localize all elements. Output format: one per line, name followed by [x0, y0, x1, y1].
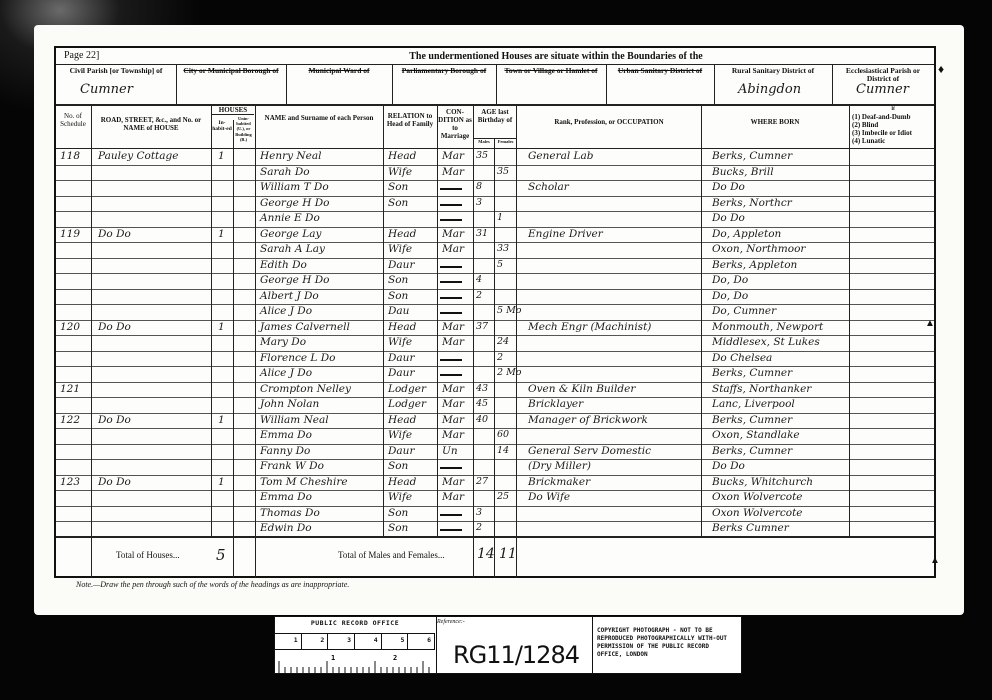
row-rule	[56, 211, 934, 212]
total-persons-label: Total of Males and Females...	[338, 550, 445, 560]
cell-male-age: 31	[476, 228, 488, 239]
divider	[392, 64, 393, 104]
cell-condition	[440, 514, 462, 516]
cell-relation: Daur	[388, 367, 414, 379]
column-rule	[849, 106, 850, 536]
copyright-notice: COPYRIGHT PHOTOGRAPH - NOT TO BE REPRODU…	[593, 617, 741, 673]
reference-label: Reference:-	[437, 619, 465, 625]
col-age: AGE last Birthday of	[474, 108, 516, 124]
total-females-value: 11	[499, 546, 517, 562]
cell-schedule: 119	[60, 228, 80, 240]
cell-relation: Daur	[388, 445, 414, 457]
column-rule	[383, 106, 384, 536]
column-rule	[91, 106, 92, 578]
cell-born: Oxon, Northmoor	[712, 243, 805, 255]
cell-male-age: 4	[476, 274, 482, 285]
row-rule	[56, 444, 934, 445]
cell-name: George H Do	[260, 274, 329, 286]
divider	[832, 64, 833, 104]
divider	[714, 64, 715, 104]
cell-condition	[440, 266, 462, 268]
cell-male-age: 3	[476, 507, 482, 518]
cell-relation: Head	[388, 321, 416, 333]
cell-born: Monmouth, Newport	[712, 321, 823, 333]
row-rule	[56, 351, 934, 352]
cell-born: Berks Cumner	[712, 522, 789, 534]
cell-inhabited: 1	[218, 228, 225, 240]
column-rule	[233, 120, 234, 578]
divider	[56, 536, 934, 538]
cell-born: Do Do	[712, 460, 745, 472]
cell-name: George H Do	[260, 197, 329, 209]
record-office-title: PUBLIC RECORD OFFICE	[275, 619, 435, 627]
cell-born: Do Do	[712, 212, 745, 224]
cell-female-age: 14	[497, 445, 509, 456]
ruler-number: 5	[382, 634, 409, 649]
cell-condition	[440, 359, 462, 361]
cell-relation: Son	[388, 507, 408, 519]
total-houses-value: 5	[216, 546, 226, 564]
cell-male-age: 37	[476, 321, 488, 332]
ecclesiastical-parish-value: Cumner	[856, 82, 909, 97]
cell-relation: Son	[388, 274, 408, 286]
reference-value: RG11/1284	[453, 641, 579, 669]
cell-male-age: 45	[476, 398, 488, 409]
cell-born: Bucks, Brill	[712, 166, 774, 178]
registration-mark: ♦	[938, 62, 944, 77]
cell-road: Do Do	[98, 414, 131, 426]
cell-relation: Wife	[388, 243, 412, 255]
cell-condition	[440, 312, 462, 314]
cell-name: Edith Do	[260, 259, 307, 271]
cell-male-age: 8	[476, 181, 482, 192]
ruler-section: PUBLIC RECORD OFFICE 123456 1 2	[275, 617, 437, 673]
inch-mark-2: 2	[393, 654, 397, 662]
cell-schedule: 120	[60, 321, 80, 333]
ruler-number: 1	[275, 634, 302, 649]
form-title: The undermentioned Houses are situate wi…	[306, 51, 806, 62]
cell-condition: Mar	[442, 476, 464, 488]
column-rule	[437, 106, 438, 536]
cell-name: Henry Neal	[260, 150, 321, 162]
col-males: Males	[474, 138, 494, 144]
row-rule	[56, 258, 934, 259]
cell-inhabited: 1	[218, 476, 225, 488]
cell-name: Alice J Do	[260, 367, 312, 379]
divider	[56, 64, 934, 65]
col-uninhabited: Unin-habited (U.), or Building (B.)	[233, 116, 254, 142]
municipal-borough-label: City or Municipal Borough of	[178, 67, 284, 75]
col-houses: HOUSES	[212, 106, 254, 115]
cell-born: Oxon, Standlake	[712, 429, 800, 441]
cell-born: Do Chelsea	[712, 352, 772, 364]
cell-female-age: 25	[497, 491, 509, 502]
cell-condition	[440, 204, 462, 206]
cell-condition: Mar	[442, 398, 464, 410]
cell-born: Berks, Cumner	[712, 445, 792, 457]
rural-sanitary-district-value: Abingdon	[738, 82, 801, 97]
cell-condition: Mar	[442, 383, 464, 395]
cell-born: Middlesex, St Lukes	[712, 336, 820, 348]
cell-female-age: 2 Mo	[497, 367, 522, 378]
cell-female-age: 60	[497, 429, 509, 440]
row-rule	[56, 180, 934, 181]
ruler-number: 3	[328, 634, 355, 649]
cell-occupation: Bricklayer	[528, 398, 583, 410]
row-rule	[56, 428, 934, 429]
row-rule	[56, 304, 934, 305]
cell-occupation: Manager of Brickwork	[528, 414, 648, 426]
infirmity-1: (1) Deaf-and-Dumb	[852, 113, 934, 121]
cell-female-age: 2	[497, 352, 503, 363]
divider	[496, 64, 497, 104]
cell-occupation: Scholar	[528, 181, 569, 193]
cell-female-age: 35	[497, 166, 509, 177]
cell-name: Frank W Do	[260, 460, 324, 472]
cell-relation: Head	[388, 476, 416, 488]
cell-occupation: General Serv Domestic	[528, 445, 651, 457]
cell-relation: Son	[388, 181, 408, 193]
cell-condition: Mar	[442, 243, 464, 255]
cell-condition: Mar	[442, 228, 464, 240]
total-houses-label: Total of Houses...	[116, 550, 180, 560]
cell-name: Sarah A Lay	[260, 243, 325, 255]
cell-name: Alice J Do	[260, 305, 312, 317]
cell-name: James Calvernell	[260, 321, 350, 333]
row-rule	[56, 289, 934, 290]
town-village-hamlet-label: Town or Village or Hamlet of	[498, 67, 604, 75]
cell-relation: Son	[388, 197, 408, 209]
inch-mark-1: 1	[331, 654, 335, 662]
total-males-value: 14	[477, 546, 495, 562]
cell-name: Emma Do	[260, 491, 312, 503]
col-occupation: Rank, Profession, or OCCUPATION	[518, 118, 700, 126]
col-where-born: WHERE BORN	[702, 118, 848, 126]
column-rule	[473, 106, 474, 578]
cell-born: Oxon Wolvercote	[712, 507, 803, 519]
cell-relation: Wife	[388, 491, 412, 503]
cell-relation: Dau	[388, 305, 409, 317]
cell-name: Florence L Do	[260, 352, 335, 364]
infirmity-4: (4) Lunatic	[852, 137, 934, 145]
cell-condition: Un	[442, 445, 458, 457]
cell-born: Do, Do	[712, 290, 748, 302]
cell-male-age: 2	[476, 522, 482, 533]
cell-condition	[440, 374, 462, 376]
cell-female-age: 1	[497, 212, 503, 223]
cell-relation: Wife	[388, 166, 412, 178]
record-office-label: PUBLIC RECORD OFFICE 123456 1 2 Referenc…	[274, 616, 742, 674]
cell-occupation: Mech Engr (Machinist)	[528, 321, 651, 333]
column-rule	[211, 106, 212, 536]
cell-inhabited: 1	[218, 150, 225, 162]
cell-condition: Mar	[442, 336, 464, 348]
ruler-number: 4	[355, 634, 382, 649]
infirmity-3: (3) Imbecile or Idiot	[852, 129, 934, 137]
cell-born: Berks, Northcr	[712, 197, 792, 209]
column-rule	[494, 138, 495, 578]
cell-male-age: 43	[476, 383, 488, 394]
cell-name: William Neal	[260, 414, 329, 426]
cell-born: Do, Cumner	[712, 305, 776, 317]
cell-relation: Son	[388, 290, 408, 302]
cell-born: Do, Appleton	[712, 228, 781, 240]
cell-inhabited: 1	[218, 321, 225, 333]
cell-relation: Son	[388, 522, 408, 534]
cell-relation: Son	[388, 460, 408, 472]
cell-occupation: Oven & Kiln Builder	[528, 383, 635, 395]
cell-name: Sarah Do	[260, 166, 310, 178]
row-rule	[56, 227, 934, 228]
cell-name: Crompton Nelley	[260, 383, 351, 395]
cell-born: Berks, Appleton	[712, 259, 797, 271]
cell-condition	[440, 281, 462, 283]
cell-condition	[440, 188, 462, 190]
parliamentary-borough-label: Parliamentary Borough of	[394, 67, 494, 75]
civil-parish-label: Civil Parish [or Township] of	[58, 67, 174, 75]
cell-relation: Wife	[388, 336, 412, 348]
col-inhabited: In-habit-ed	[212, 120, 232, 133]
cell-name: George Lay	[260, 228, 321, 240]
cell-condition: Mar	[442, 429, 464, 441]
cell-relation: Lodger	[388, 383, 426, 395]
cell-male-age: 40	[476, 414, 488, 425]
cell-condition	[440, 467, 462, 469]
cell-condition	[440, 219, 462, 221]
cell-road: Do Do	[98, 321, 131, 333]
column-rule	[255, 106, 256, 578]
cell-female-age: 33	[497, 243, 509, 254]
cell-road: Do Do	[98, 476, 131, 488]
cell-relation: Daur	[388, 259, 414, 271]
cell-occupation: (Dry Miller)	[528, 460, 591, 472]
cell-female-age: 5 Mo	[497, 305, 522, 316]
col-condition: CON-DITION as to Marriage	[438, 108, 472, 140]
cell-female-age: 5	[497, 259, 503, 270]
cell-relation: Daur	[388, 352, 414, 364]
cell-name: Fanny Do	[260, 445, 310, 457]
ruler-number: 6	[408, 634, 435, 649]
cell-condition	[440, 529, 462, 531]
cell-schedule: 123	[60, 476, 80, 488]
census-form: Page 22] The undermentioned Houses are s…	[54, 46, 936, 578]
cell-condition: Mar	[442, 491, 464, 503]
col-name: NAME and Surname of each Person	[256, 114, 382, 122]
registration-mark: ▲	[930, 555, 940, 566]
cell-condition: Mar	[442, 321, 464, 333]
cell-born: Staffs, Northanker	[712, 383, 811, 395]
cell-name: Edwin Do	[260, 522, 312, 534]
cell-name: Emma Do	[260, 429, 312, 441]
registration-mark: ▲	[925, 318, 935, 329]
cell-condition: Mar	[442, 414, 464, 426]
row-rule	[56, 273, 934, 274]
cell-born: Bucks, Whitchurch	[712, 476, 813, 488]
cm-ruler: 123456	[275, 633, 435, 650]
cell-condition: Mar	[442, 150, 464, 162]
cell-occupation: Do Wife	[528, 491, 570, 503]
cell-schedule: 122	[60, 414, 80, 426]
cell-road: Do Do	[98, 228, 131, 240]
divider	[176, 64, 177, 104]
cell-inhabited: 1	[218, 414, 225, 426]
column-rule	[701, 106, 702, 536]
page-number: Page 22]	[64, 50, 99, 61]
urban-sanitary-district-label: Urban Sanitary District of	[608, 67, 712, 75]
cell-male-age: 3	[476, 197, 482, 208]
cell-male-age: 27	[476, 476, 488, 487]
rural-sanitary-district-label: Rural Sanitary District of	[716, 67, 830, 75]
cell-name: Albert J Do	[260, 290, 319, 302]
ruler-number: 2	[302, 634, 329, 649]
cell-name: William T Do	[260, 181, 329, 193]
cell-occupation: Engine Driver	[528, 228, 603, 240]
cell-born: Berks, Cumner	[712, 150, 792, 162]
col-relation: RELATION to Head of Family	[384, 112, 436, 128]
cell-born: Berks, Cumner	[712, 367, 792, 379]
cell-occupation: General Lab	[528, 150, 594, 162]
divider	[56, 148, 934, 149]
cell-name: Thomas Do	[260, 507, 320, 519]
cell-male-age: 2	[476, 290, 482, 301]
inch-ruler: 1 2	[275, 651, 435, 673]
cell-female-age: 24	[497, 336, 509, 347]
cell-born: Lanc, Liverpool	[712, 398, 795, 410]
divider	[286, 64, 287, 104]
cell-condition: Mar	[442, 166, 464, 178]
cell-road: Pauley Cottage	[98, 150, 178, 162]
cell-schedule: 121	[60, 383, 80, 395]
infirmity-2: (2) Blind	[852, 121, 934, 129]
column-rule	[516, 106, 517, 578]
row-rule	[56, 397, 934, 398]
col-females: Females	[495, 138, 516, 144]
municipal-ward-label: Municipal Ward of	[288, 67, 390, 75]
row-rule	[56, 196, 934, 197]
cell-born: Berks, Cumner	[712, 414, 792, 426]
row-rule	[56, 366, 934, 367]
cell-name: Tom M Cheshire	[260, 476, 348, 488]
row-rule	[56, 459, 934, 460]
cell-relation: Head	[388, 228, 416, 240]
divider	[606, 64, 607, 104]
cell-occupation: Brickmaker	[528, 476, 590, 488]
cell-born: Oxon Wolvercote	[712, 491, 803, 503]
form-note: Note.—Draw the pen through such of the w…	[76, 580, 349, 589]
col-road: ROAD, STREET, &c., and No. or NAME of HO…	[92, 116, 210, 132]
row-rule	[56, 413, 934, 414]
cell-relation: Head	[388, 414, 416, 426]
cell-born: Do, Do	[712, 274, 748, 286]
civil-parish-value: Cumner	[80, 82, 133, 97]
cell-relation: Lodger	[388, 398, 426, 410]
cell-name: John Nolan	[260, 398, 319, 410]
divider	[56, 104, 934, 106]
row-rule	[56, 521, 934, 522]
cell-relation: Wife	[388, 429, 412, 441]
cell-schedule: 118	[60, 150, 80, 162]
cell-relation: Head	[388, 150, 416, 162]
cell-name: Mary Do	[260, 336, 306, 348]
cell-born: Do Do	[712, 181, 745, 193]
col-schedule: No. of Schedule	[60, 112, 86, 128]
cell-name: Annie E Do	[260, 212, 320, 224]
row-rule	[56, 165, 934, 166]
cell-male-age: 35	[476, 150, 488, 161]
cell-condition	[440, 297, 462, 299]
